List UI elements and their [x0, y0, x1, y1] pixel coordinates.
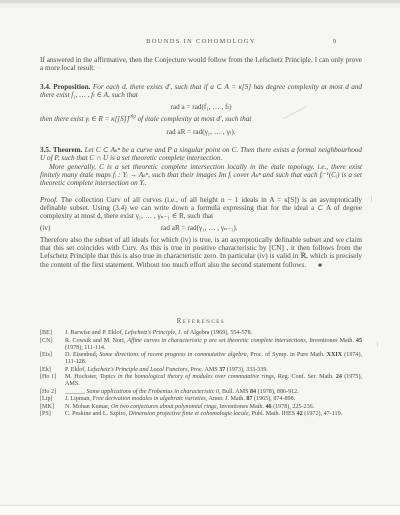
reference-title: Lefschetz's Principle and Local Functors… [87, 367, 189, 373]
reference-authors: J. Lipman, [65, 396, 91, 402]
reference-tail-post: (1965), 874-898. [253, 396, 296, 402]
conclusion-text: Therefore also the subset of all ideals … [40, 236, 362, 269]
theorem-heading: Theorem. [53, 146, 83, 154]
reference-tail: Bull. AMS [222, 389, 250, 395]
reference-authors: P. Eklof, [65, 367, 86, 373]
scanned-page: BOUNDS IN COHOMOLOGY 9 If answered in th… [0, 0, 400, 515]
proposition-heading: Proposition. [53, 83, 90, 91]
reference-label: [Lip] [40, 396, 65, 403]
page-header: BOUNDS IN COHOMOLOGY 9 [40, 38, 362, 47]
reference-item: [Ho 2] ______, Some applications of the … [40, 389, 362, 396]
proposition-paragraph: 3.4. Proposition. For each d, there exis… [40, 83, 362, 100]
theorem-paragraph-2: More generally, C is a set theoretic com… [40, 163, 362, 188]
reference-tail: Publ. Math. IHES [251, 411, 296, 417]
reference-tail-post: (1978), 886-912. [256, 389, 299, 395]
scan-edge-top-fade [0, 3, 400, 8]
reference-text: C. Peskine and L. Szpiro, Dimension proj… [65, 411, 362, 418]
reference-authors: M. Hochster, [65, 374, 98, 380]
equation-2: rad aR = rad(γ₁, … , γₗ). [40, 128, 362, 136]
reference-item: [Ek] P. Eklof, Lefschetz's Principle and… [40, 367, 362, 374]
reference-volume: XXIX [327, 352, 343, 358]
reference-text: N. Mohan Kumar, On two conjectures about… [65, 404, 362, 411]
reference-tail-post: (1978), 225-236. [272, 404, 315, 410]
page-number: 9 [333, 38, 336, 46]
reference-text: D. Eisenbud, Some directions of recent p… [65, 352, 362, 366]
reference-text: P. Eklof, Lefschetz's Principle and Loca… [65, 367, 362, 374]
reference-text: R. Cowsik and M. Nori, Affine curves in … [65, 338, 362, 352]
reference-title: Some directions of recent progress in co… [99, 352, 248, 358]
statement-2-superscript: alg [129, 115, 135, 120]
theorem-number: 3.5. [40, 146, 51, 154]
reference-tail-post: (1973), 333-339. [225, 367, 268, 373]
intro-paragraph: If answered in the affirmative, then the… [40, 56, 362, 73]
reference-tail-post: (1972), 47-119. [303, 411, 342, 417]
references-heading: References [40, 318, 362, 325]
reference-label: [Ho 2] [40, 389, 65, 396]
statement-2-pre: then there exist γᵢ ∈ R = κ[[S]] [40, 115, 129, 123]
reference-volume: 45 [356, 338, 362, 344]
reference-label: [Ho 1] [40, 374, 65, 388]
reference-title: Lefschetz's Principle, [125, 330, 177, 336]
conclusion-paragraph: Therefore also the subset of all ideals … [40, 236, 362, 270]
statement-2-post: of étale complexity at most d′, such tha… [138, 115, 252, 123]
theorem-paragraph: 3.5. Theorem. Let C ⊂ Aₖⁿ be a curve and… [40, 146, 362, 163]
scan-artifact [377, 342, 378, 347]
proposition-statement-2: then there exist γᵢ ∈ R = κ[[S]]alg of é… [40, 115, 251, 123]
reference-tail: Proc. of Symp. in Pure Math. [250, 352, 326, 358]
reference-authors: N. Mohan Kumar, [65, 404, 109, 410]
reference-item: [Lip] J. Lipman, Free derivation modules… [40, 396, 362, 403]
references-section: References [BE] J. Barwise and P. Eklof,… [40, 318, 362, 419]
reference-authors: ______, [65, 389, 85, 395]
reference-item: [PS] C. Peskine and L. Szpiro, Dimension… [40, 411, 362, 418]
reference-text: J. Barwise and P. Eklof, Lefschetz's Pri… [65, 330, 362, 337]
reference-title: Some applications of the Frobenius in ch… [86, 389, 220, 395]
reference-tail: Proc. AMS [191, 367, 220, 373]
proposition-number: 3.4. [40, 83, 51, 91]
proof-label: Proof. [40, 196, 58, 204]
reference-label: [MK] [40, 404, 65, 411]
intro-text: If answered in the affirmative, then the… [40, 56, 362, 72]
equation-1-text: rad a = rad(f₁, … , fₗ) [171, 103, 232, 111]
proposition-paragraph-2: then there exist γᵢ ∈ R = κ[[S]]alg of é… [40, 115, 362, 123]
reference-tail: Reg. Conf. Ser. Math. [278, 374, 336, 380]
reference-label: [Ek] [40, 367, 65, 374]
display-equation: rad aR = rad(γ₁, … , γₙ₋₁). [50, 224, 348, 232]
reference-authors: J. Barwise and P. Eklof, [65, 330, 123, 336]
reference-authors: C. Peskine and L. Szpiro, [65, 411, 127, 417]
reference-tail: Inventiones Math. [309, 338, 356, 344]
reference-authors: D. Eisenbud, [65, 352, 97, 358]
reference-label: [Eis] [40, 352, 65, 366]
equation-2-text: rad aR = rad(γ₁, … , γₗ). [166, 128, 235, 136]
running-title: BOUNDS IN COHOMOLOGY [40, 38, 362, 46]
scan-artifact [371, 196, 372, 202]
reference-tail: Inventiones Math. [220, 404, 266, 410]
reference-tail-post: (1978), 111-114. [65, 345, 105, 351]
reference-title: On two conjectures about polynomial ring… [111, 404, 218, 410]
reference-text: ______, Some applications of the Frobeni… [65, 389, 362, 396]
scan-edge-bottom [0, 506, 400, 515]
page-body: BOUNDS IN COHOMOLOGY 9 If answered in th… [40, 38, 362, 270]
reference-text: M. Hochster, Topics in the homological t… [65, 374, 362, 388]
display-equation-label: (iv) [40, 224, 50, 232]
theorem-statement-2: More generally, C is a set theoretic com… [40, 163, 362, 188]
proof-body: The collection Curv of all curves (i.e.,… [40, 196, 362, 221]
reference-title: Topics in the homological theory of modu… [100, 374, 276, 380]
reference-label: [BE] [40, 330, 65, 337]
reference-item: [MK] N. Mohan Kumar, On two conjectures … [40, 404, 362, 411]
display-equation-row: (iv) rad aR = rad(γ₁, … , γₙ₋₁). [40, 224, 362, 232]
reference-title: Free derivation modules in algebraic var… [92, 396, 207, 402]
reference-item: [Eis] D. Eisenbud, Some directions of re… [40, 352, 362, 366]
reference-item: [BE] J. Barwise and P. Eklof, Lefschetz'… [40, 330, 362, 337]
reference-item: [Ho 1] M. Hochster, Topics in the homolo… [40, 374, 362, 388]
proof-paragraph: Proof. The collection Curv of all curves… [40, 196, 362, 221]
equation-1: rad a = rad(f₁, … , fₗ) [40, 103, 362, 111]
qed-square: ■ [318, 263, 322, 269]
reference-label: [CN] [40, 338, 65, 352]
reference-item: [CN] R. Cowsik and M. Nori, Affine curve… [40, 338, 362, 352]
reference-tail: Amer. J. Math. [208, 396, 246, 402]
reference-tail: J. of Algebra (1969), 554-578. [178, 330, 252, 336]
reference-title: Dimension projective finie et cohomologi… [129, 411, 250, 417]
reference-authors: R. Cowsik and M. Nori, [65, 338, 125, 344]
reference-title: Affine curves in characteristic p are se… [127, 338, 307, 344]
reference-label: [PS] [40, 411, 65, 418]
theorem-statement: Let C ⊂ Aₖⁿ be a curve and P a singular … [40, 146, 362, 162]
reference-text: J. Lipman, Free derivation modules in al… [65, 396, 362, 403]
